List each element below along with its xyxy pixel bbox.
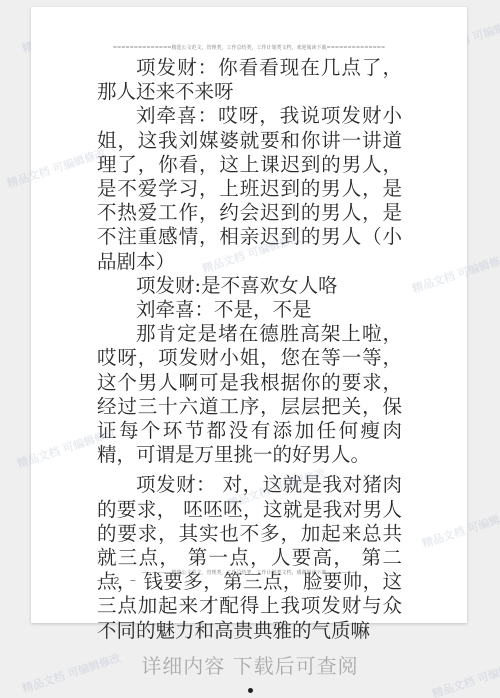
page-header: ==============精选公文范文，管理类，工作总结类，工作计划类文档，欢… — [97, 44, 401, 51]
download-to-view-label[interactable]: 详细内容 下载后可查阅 — [0, 650, 500, 679]
page-number: ~ 2 ~ — [97, 576, 140, 587]
paragraph: 项发财： 对，这就是我对猪肉的要求， 呸呸呸，这就是我对男人的要求，其实也不多，… — [97, 473, 402, 642]
document-page: ==============精选公文范文，管理类，工作总结类，工作计划类文档，欢… — [31, 7, 467, 623]
paragraph: 那肯定是堵在德胜高架上啦， 哎呀，项发财小姐，您在等一等，这个男人啊可是我根据你… — [97, 322, 402, 467]
footer-text: 精选公文范文，管理类，工作总结类，工作计划类文档，感谢阅读下载 — [171, 570, 326, 576]
paragraph: 项发财：你看看现在几点了，那人还来不来呀 — [97, 56, 402, 104]
header-text: 精选公文范文，管理类，工作总结类，工作计划类文档，欢迎阅读下载 — [171, 45, 326, 51]
pager-dot-active[interactable] — [248, 688, 253, 693]
paragraph: 刘牵喜：不是，不是 — [97, 298, 402, 322]
page-footer: ——————精选公文范文，管理类，工作总结类，工作计划类文档，感谢阅读下载———… — [97, 569, 401, 576]
paragraph: 刘牵喜：哎呀，我说项发财小姐，这我刘媒婆就要和你讲一讲道理了，你看，这上课迟到的… — [97, 104, 402, 273]
document-body: 项发财：你看看现在几点了，那人还来不来呀 刘牵喜：哎呀，我说项发财小姐，这我刘媒… — [97, 56, 402, 643]
paragraph: 项发财:是不喜欢女人咯 — [97, 274, 402, 298]
